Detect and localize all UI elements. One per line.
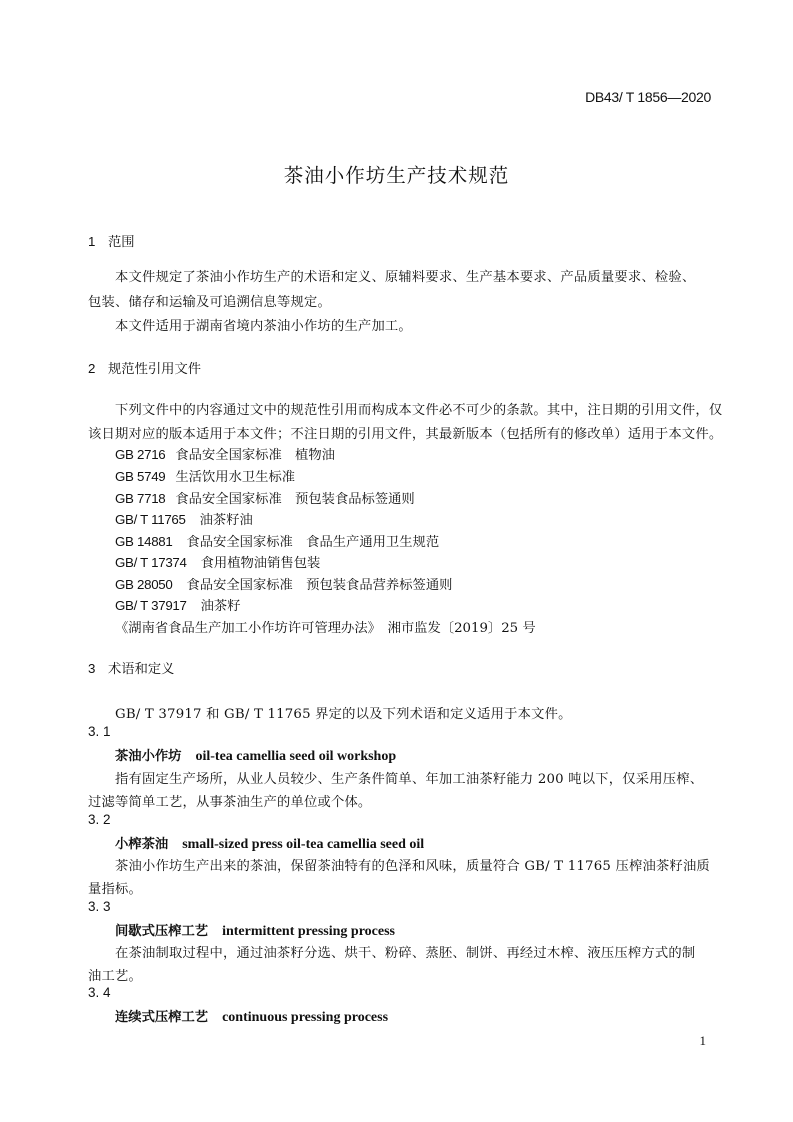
term-zh: 茶油小作坊	[115, 749, 181, 764]
term-en: oil-tea camellia seed oil workshop	[195, 749, 396, 764]
standard-number: DB43/ T 1856—2020	[585, 89, 711, 105]
section-number: 1	[88, 234, 108, 249]
clause-number: 3. 2	[88, 812, 111, 827]
reference-item: GB 7718食品安全国家标准 预包装食品标签通则	[115, 488, 415, 507]
reference-item: GB/ T 11765油茶籽油	[115, 509, 253, 528]
section-title: 术语和定义	[108, 662, 174, 677]
reference-code: GB/ T 17374	[115, 555, 187, 570]
term-definition-line-2: 油工艺。	[88, 965, 142, 984]
section-heading-3: 3术语和定义	[88, 658, 174, 677]
reference-code: GB 28050	[115, 577, 172, 592]
term-definition-line-1: 在茶油制取过程中，通过油茶籽分选、烘干、粉碎、蒸胚、制饼、再经过木榨、液压压榨方…	[115, 942, 695, 961]
term-zh: 小榨茶油	[115, 837, 168, 852]
section-number: 3	[88, 661, 108, 676]
references-intro-line-1: 下列文件中的内容通过文中的规范性引用而构成本文件必不可少的条款。其中，注日期的引…	[115, 399, 722, 418]
term-en: intermittent pressing process	[222, 924, 395, 939]
section-title: 范围	[108, 235, 135, 250]
reference-item: GB/ T 37917油茶籽	[115, 595, 241, 614]
term-entry: 小榨茶油small-sized press oil-tea camellia s…	[115, 833, 424, 853]
scope-paragraph-1-line-2: 包装、储存和运输及可追溯信息等规定。	[88, 291, 331, 310]
reference-code: GB 2716	[115, 447, 165, 462]
reference-name: 食品安全国家标准 预包装食品营养标签通则	[186, 578, 452, 593]
section-heading-1: 1范围	[88, 231, 135, 250]
reference-name: 《湖南省食品生产加工小作坊许可管理办法》 湘市监发〔2019〕25 号	[115, 621, 536, 636]
term-definition-line-1: 茶油小作坊生产出来的茶油，保留茶油特有的色泽和风味，质量符合 GB/ T 117…	[115, 855, 710, 874]
term-entry: 连续式压榨工艺continuous pressing process	[115, 1006, 388, 1026]
reference-code: GB 14881	[115, 534, 172, 549]
page-number: 1	[700, 1033, 707, 1049]
reference-item: GB 2716食品安全国家标准 植物油	[115, 444, 335, 463]
terms-intro: GB/ T 37917 和 GB/ T 11765 界定的以及下列术语和定义适用…	[115, 703, 572, 722]
term-definition-line-2: 过滤等简单工艺，从事茶油生产的单位或个体。	[88, 791, 371, 810]
references-intro-line-2: 该日期对应的版本适用于本文件；不注日期的引用文件，其最新版本（包括所有的修改单）…	[88, 423, 722, 442]
term-entry: 间歇式压榨工艺intermittent pressing process	[115, 920, 395, 940]
term-zh: 连续式压榨工艺	[115, 1010, 208, 1025]
clause-number: 3. 4	[88, 985, 111, 1000]
clause-number: 3. 1	[88, 724, 111, 739]
term-en: continuous pressing process	[222, 1010, 388, 1025]
reference-name: 油茶籽油	[200, 513, 253, 528]
reference-item: GB 5749生活饮用水卫生标准	[115, 466, 295, 485]
reference-item: GB 14881食品安全国家标准 食品生产通用卫生规范	[115, 531, 439, 550]
reference-name: 食用植物油销售包装	[201, 556, 321, 571]
term-definition-line-2: 量指标。	[88, 878, 142, 897]
reference-code: GB/ T 37917	[115, 598, 187, 613]
scope-paragraph-2: 本文件适用于湖南省境内茶油小作坊的生产加工。	[115, 315, 412, 334]
reference-code: GB 7718	[115, 491, 165, 506]
reference-item: GB/ T 17374食用植物油销售包装	[115, 552, 320, 571]
section-number: 2	[88, 361, 108, 376]
section-heading-2: 2规范性引用文件	[88, 358, 201, 377]
term-en: small-sized press oil-tea camellia seed …	[182, 837, 424, 852]
reference-code: GB 5749	[115, 469, 165, 484]
term-entry: 茶油小作坊oil-tea camellia seed oil workshop	[115, 745, 396, 765]
reference-name: 食品安全国家标准 食品生产通用卫生规范	[186, 535, 439, 550]
term-zh: 间歇式压榨工艺	[115, 924, 208, 939]
clause-number: 3. 3	[88, 899, 111, 914]
term-definition-line-1: 指有固定生产场所，从业人员较少、生产条件简单、年加工油茶籽能力 200 吨以下，…	[115, 768, 703, 787]
scope-paragraph-1-line-1: 本文件规定了茶油小作坊生产的术语和定义、原辅料要求、生产基本要求、产品质量要求、…	[115, 266, 695, 285]
reference-code: GB/ T 11765	[115, 512, 186, 527]
reference-name: 食品安全国家标准 植物油	[175, 448, 335, 463]
reference-name: 食品安全国家标准 预包装食品标签通则	[175, 492, 414, 507]
document-title: 茶油小作坊生产技术规范	[0, 160, 793, 188]
reference-item: 《湖南省食品生产加工小作坊许可管理办法》 湘市监发〔2019〕25 号	[115, 617, 536, 636]
section-title: 规范性引用文件	[108, 362, 201, 377]
reference-name: 油茶籽	[201, 599, 241, 614]
reference-name: 生活饮用水卫生标准	[175, 470, 295, 485]
reference-item: GB 28050食品安全国家标准 预包装食品营养标签通则	[115, 574, 452, 593]
document-page: DB43/ T 1856—2020 茶油小作坊生产技术规范 1范围 本文件规定了…	[0, 0, 793, 1122]
